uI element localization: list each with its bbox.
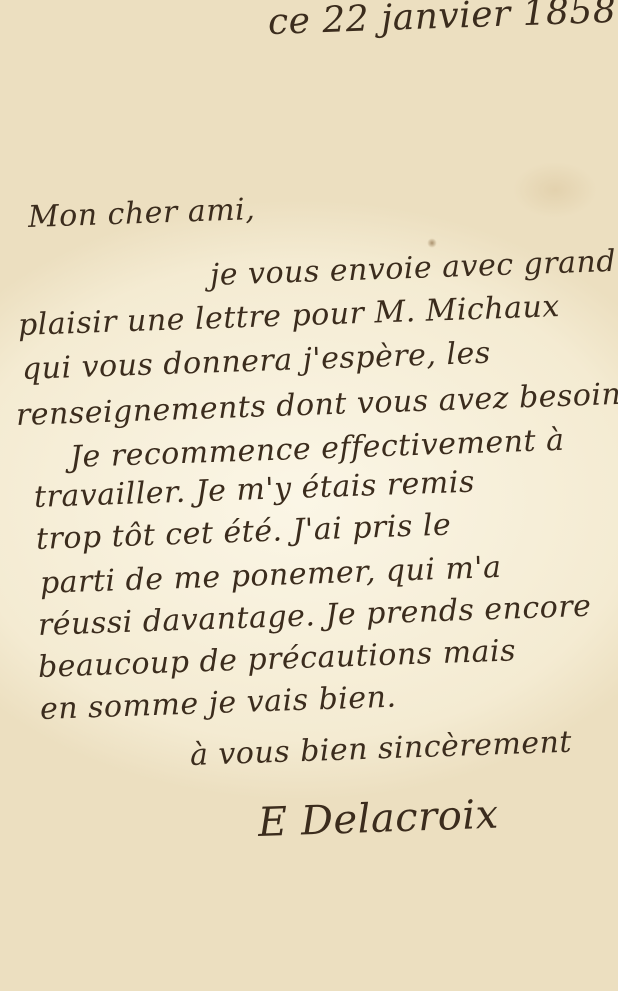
body-line: qui vous donnera j'espère, les	[21, 336, 491, 387]
body-line: plaisir une lettre pour M. Michaux	[17, 289, 560, 343]
salutation: Mon cher ami,	[27, 192, 255, 235]
letter-page: ce 22 janvier 1858 Mon cher ami, je vous…	[0, 0, 618, 991]
body-line: je vous envoie avec grand	[209, 244, 616, 293]
closing: à vous bien sincèrement	[189, 725, 572, 773]
body-line: Je recommence effectivement à	[69, 423, 565, 475]
letter-date: ce 22 janvier 1858	[267, 0, 617, 43]
signature: E Delacroix	[257, 792, 499, 846]
body-line: en somme je vais bien.	[39, 680, 397, 727]
body-line: trop tôt cet été. J'ai pris le	[35, 508, 451, 557]
body-line: beaucoup de précautions mais	[37, 633, 516, 685]
